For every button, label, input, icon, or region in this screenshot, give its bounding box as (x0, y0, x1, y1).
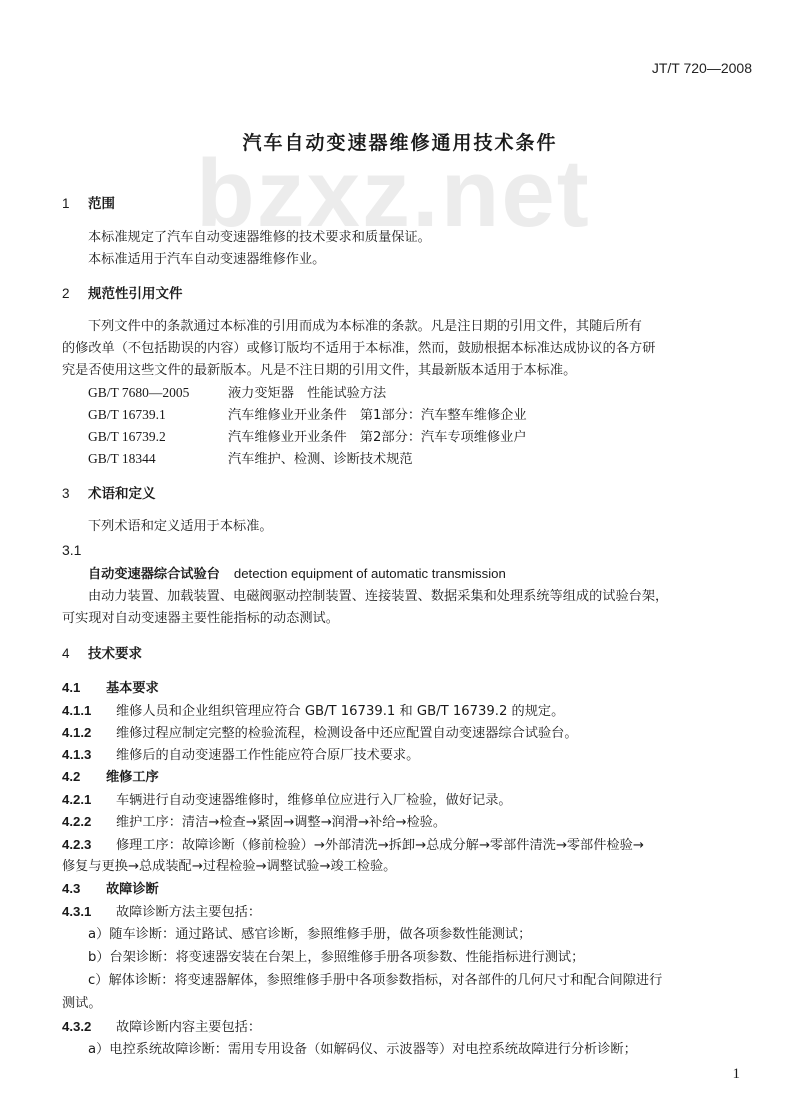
section-number: 3 (62, 485, 88, 503)
paragraph: 本标准规定了汽车自动变速器维修的技术要求和质量保证。 (88, 229, 431, 247)
reference-item: GB/T 18344汽车维护、检测、诊断技术规范 (88, 450, 413, 469)
paragraph-line: 的修改单（不包括勘误的内容）或修订版均不适用于本标准，然而，鼓励根据本标准达成协… (62, 340, 655, 358)
clause-number: 4.1.3 (62, 746, 116, 764)
section-title: 范围 (88, 196, 115, 212)
clause-number: 4.2.3 (62, 836, 116, 854)
subsection-number: 4.2 (62, 768, 106, 786)
subsection-heading-4-3: 4.3故障诊断 (62, 880, 159, 899)
paragraph-line: 下列文件中的条款通过本标准的引用而成为本标准的条款。凡是注日期的引用文件，其随后… (88, 318, 642, 336)
clause-4-1-2: 4.1.2维修过程应制定完整的检验流程，检测设备中还应配置自动变速器综合试验台。 (62, 724, 578, 743)
section-heading-1: 1范围 (62, 195, 115, 213)
term-number: 3.1 (62, 541, 81, 559)
subsection-heading-4-1: 4.1基本要求 (62, 679, 159, 698)
reference-code: GB/T 16739.1 (88, 406, 228, 424)
clause-number: 4.1.1 (62, 702, 116, 720)
paragraph-line: 究是否使用这些文件的最新版本。凡是不注日期的引用文件，其最新版本适用于本标准。 (62, 362, 576, 380)
clause-text: 维修过程应制定完整的检验流程，检测设备中还应配置自动变速器综合试验台。 (116, 726, 578, 741)
section-title: 规范性引用文件 (88, 286, 183, 302)
subsection-number: 4.1 (62, 679, 106, 697)
clause-4-3-1: 4.3.1故障诊断方法主要包括： (62, 903, 261, 922)
reference-code: GB/T 7680—2005 (88, 384, 228, 402)
clause-number: 4.3.2 (62, 1018, 116, 1036)
term-chinese: 自动变速器综合试验台 (88, 567, 220, 582)
subsection-title: 维修工序 (106, 770, 159, 785)
subsection-title: 基本要求 (106, 681, 159, 696)
subsection-title: 故障诊断 (106, 882, 159, 897)
section-number: 1 (62, 195, 88, 213)
clause-4-1-1: 4.1.1维修人员和企业组织管理应符合 GB/T 16739.1 和 GB/T … (62, 702, 564, 721)
clause-text: 维修后的自动变速器工作性能应符合原厂技术要求。 (116, 748, 419, 763)
clause-4-3-2: 4.3.2故障诊断内容主要包括： (62, 1018, 261, 1037)
watermark: bzxz.net (196, 146, 591, 242)
reference-title: 液力变矩器 性能试验方法 (228, 386, 386, 401)
list-item: c）解体诊断：将变速器解体，参照维修手册中各项参数指标，对各部件的几何尺寸和配合… (88, 972, 662, 990)
reference-code: GB/T 16739.2 (88, 428, 228, 446)
standard-code: JT/T 720—2008 (652, 60, 752, 76)
term-entry: 自动变速器综合试验台detection equipment of automat… (88, 565, 506, 584)
section-number: 4 (62, 645, 88, 663)
reference-title: 汽车维护、检测、诊断技术规范 (228, 452, 413, 467)
clause-number: 4.2.2 (62, 813, 116, 831)
clause-text: 故障诊断方法主要包括： (116, 905, 261, 920)
list-item: a）随车诊断：通过路试、感官诊断，参照维修手册，做各项参数性能测试； (88, 926, 531, 944)
clause-4-1-3: 4.1.3维修后的自动变速器工作性能应符合原厂技术要求。 (62, 746, 419, 765)
section-heading-3: 3术语和定义 (62, 485, 156, 503)
clause-text: 车辆进行自动变速器维修时，维修单位应进行入厂检验，做好记录。 (116, 793, 512, 808)
list-item-continuation: 测试。 (62, 995, 102, 1013)
section-heading-4: 4技术要求 (62, 645, 142, 663)
subsection-number: 4.3 (62, 880, 106, 898)
reference-item: GB/T 16739.2汽车维修业开业条件 第2部分：汽车专项维修业户 (88, 428, 527, 447)
definition-line: 由动力装置、加载装置、电磁阀驱动控制装置、连接装置、数据采集和处理系统等组成的试… (88, 588, 668, 606)
reference-code: GB/T 18344 (88, 450, 228, 468)
clause-text: 修理工序：故障诊断（修前检验）→外部清洗→拆卸→总成分解→零部件清洗→零部件检验… (116, 838, 644, 853)
clause-4-2-1: 4.2.1车辆进行自动变速器维修时，维修单位应进行入厂检验，做好记录。 (62, 791, 512, 810)
reference-item: GB/T 7680—2005液力变矩器 性能试验方法 (88, 384, 386, 403)
page-number: 1 (733, 1066, 741, 1083)
paragraph: 下列术语和定义适用于本标准。 (88, 518, 273, 536)
list-item: b）台架诊断：将变速器安装在台架上，参照维修手册各项参数、性能指标进行测试； (88, 949, 584, 967)
section-title: 术语和定义 (88, 486, 156, 502)
section-title: 技术要求 (88, 646, 142, 662)
term-english: detection equipment of automatic transmi… (234, 566, 506, 581)
reference-item: GB/T 16739.1汽车维修业开业条件 第1部分：汽车整车维修企业 (88, 406, 527, 425)
document-title: 汽车自动变速器维修通用技术条件 (0, 128, 800, 155)
paragraph: 本标准适用于汽车自动变速器维修作业。 (88, 251, 325, 269)
clause-number: 4.1.2 (62, 724, 116, 742)
clause-number: 4.2.1 (62, 791, 116, 809)
clause-4-2-3: 4.2.3修理工序：故障诊断（修前检验）→外部清洗→拆卸→总成分解→零部件清洗→… (62, 836, 644, 855)
list-item: a）电控系统故障诊断：需用专用设备（如解码仪、示波器等）对电控系统故障进行分析诊… (88, 1041, 637, 1059)
section-heading-2: 2规范性引用文件 (62, 285, 183, 303)
reference-title: 汽车维修业开业条件 第1部分：汽车整车维修企业 (228, 408, 527, 423)
clause-text: 故障诊断内容主要包括： (116, 1020, 261, 1035)
clause-text: 维护工序：清洁→检查→紧固→调整→润滑→补给→检验。 (116, 815, 446, 830)
clause-4-2-2: 4.2.2维护工序：清洁→检查→紧固→调整→润滑→补给→检验。 (62, 813, 446, 832)
clause-text: 维修人员和企业组织管理应符合 GB/T 16739.1 和 GB/T 16739… (116, 704, 564, 719)
reference-title: 汽车维修业开业条件 第2部分：汽车专项维修业户 (228, 430, 527, 445)
clause-continuation: 修复与更换→总成装配→过程检验→调整试验→竣工检验。 (62, 858, 396, 876)
subsection-heading-4-2: 4.2维修工序 (62, 768, 159, 787)
definition-line: 可实现对自动变速器主要性能指标的动态测试。 (62, 610, 339, 628)
clause-number: 4.3.1 (62, 903, 116, 921)
section-number: 2 (62, 285, 88, 303)
